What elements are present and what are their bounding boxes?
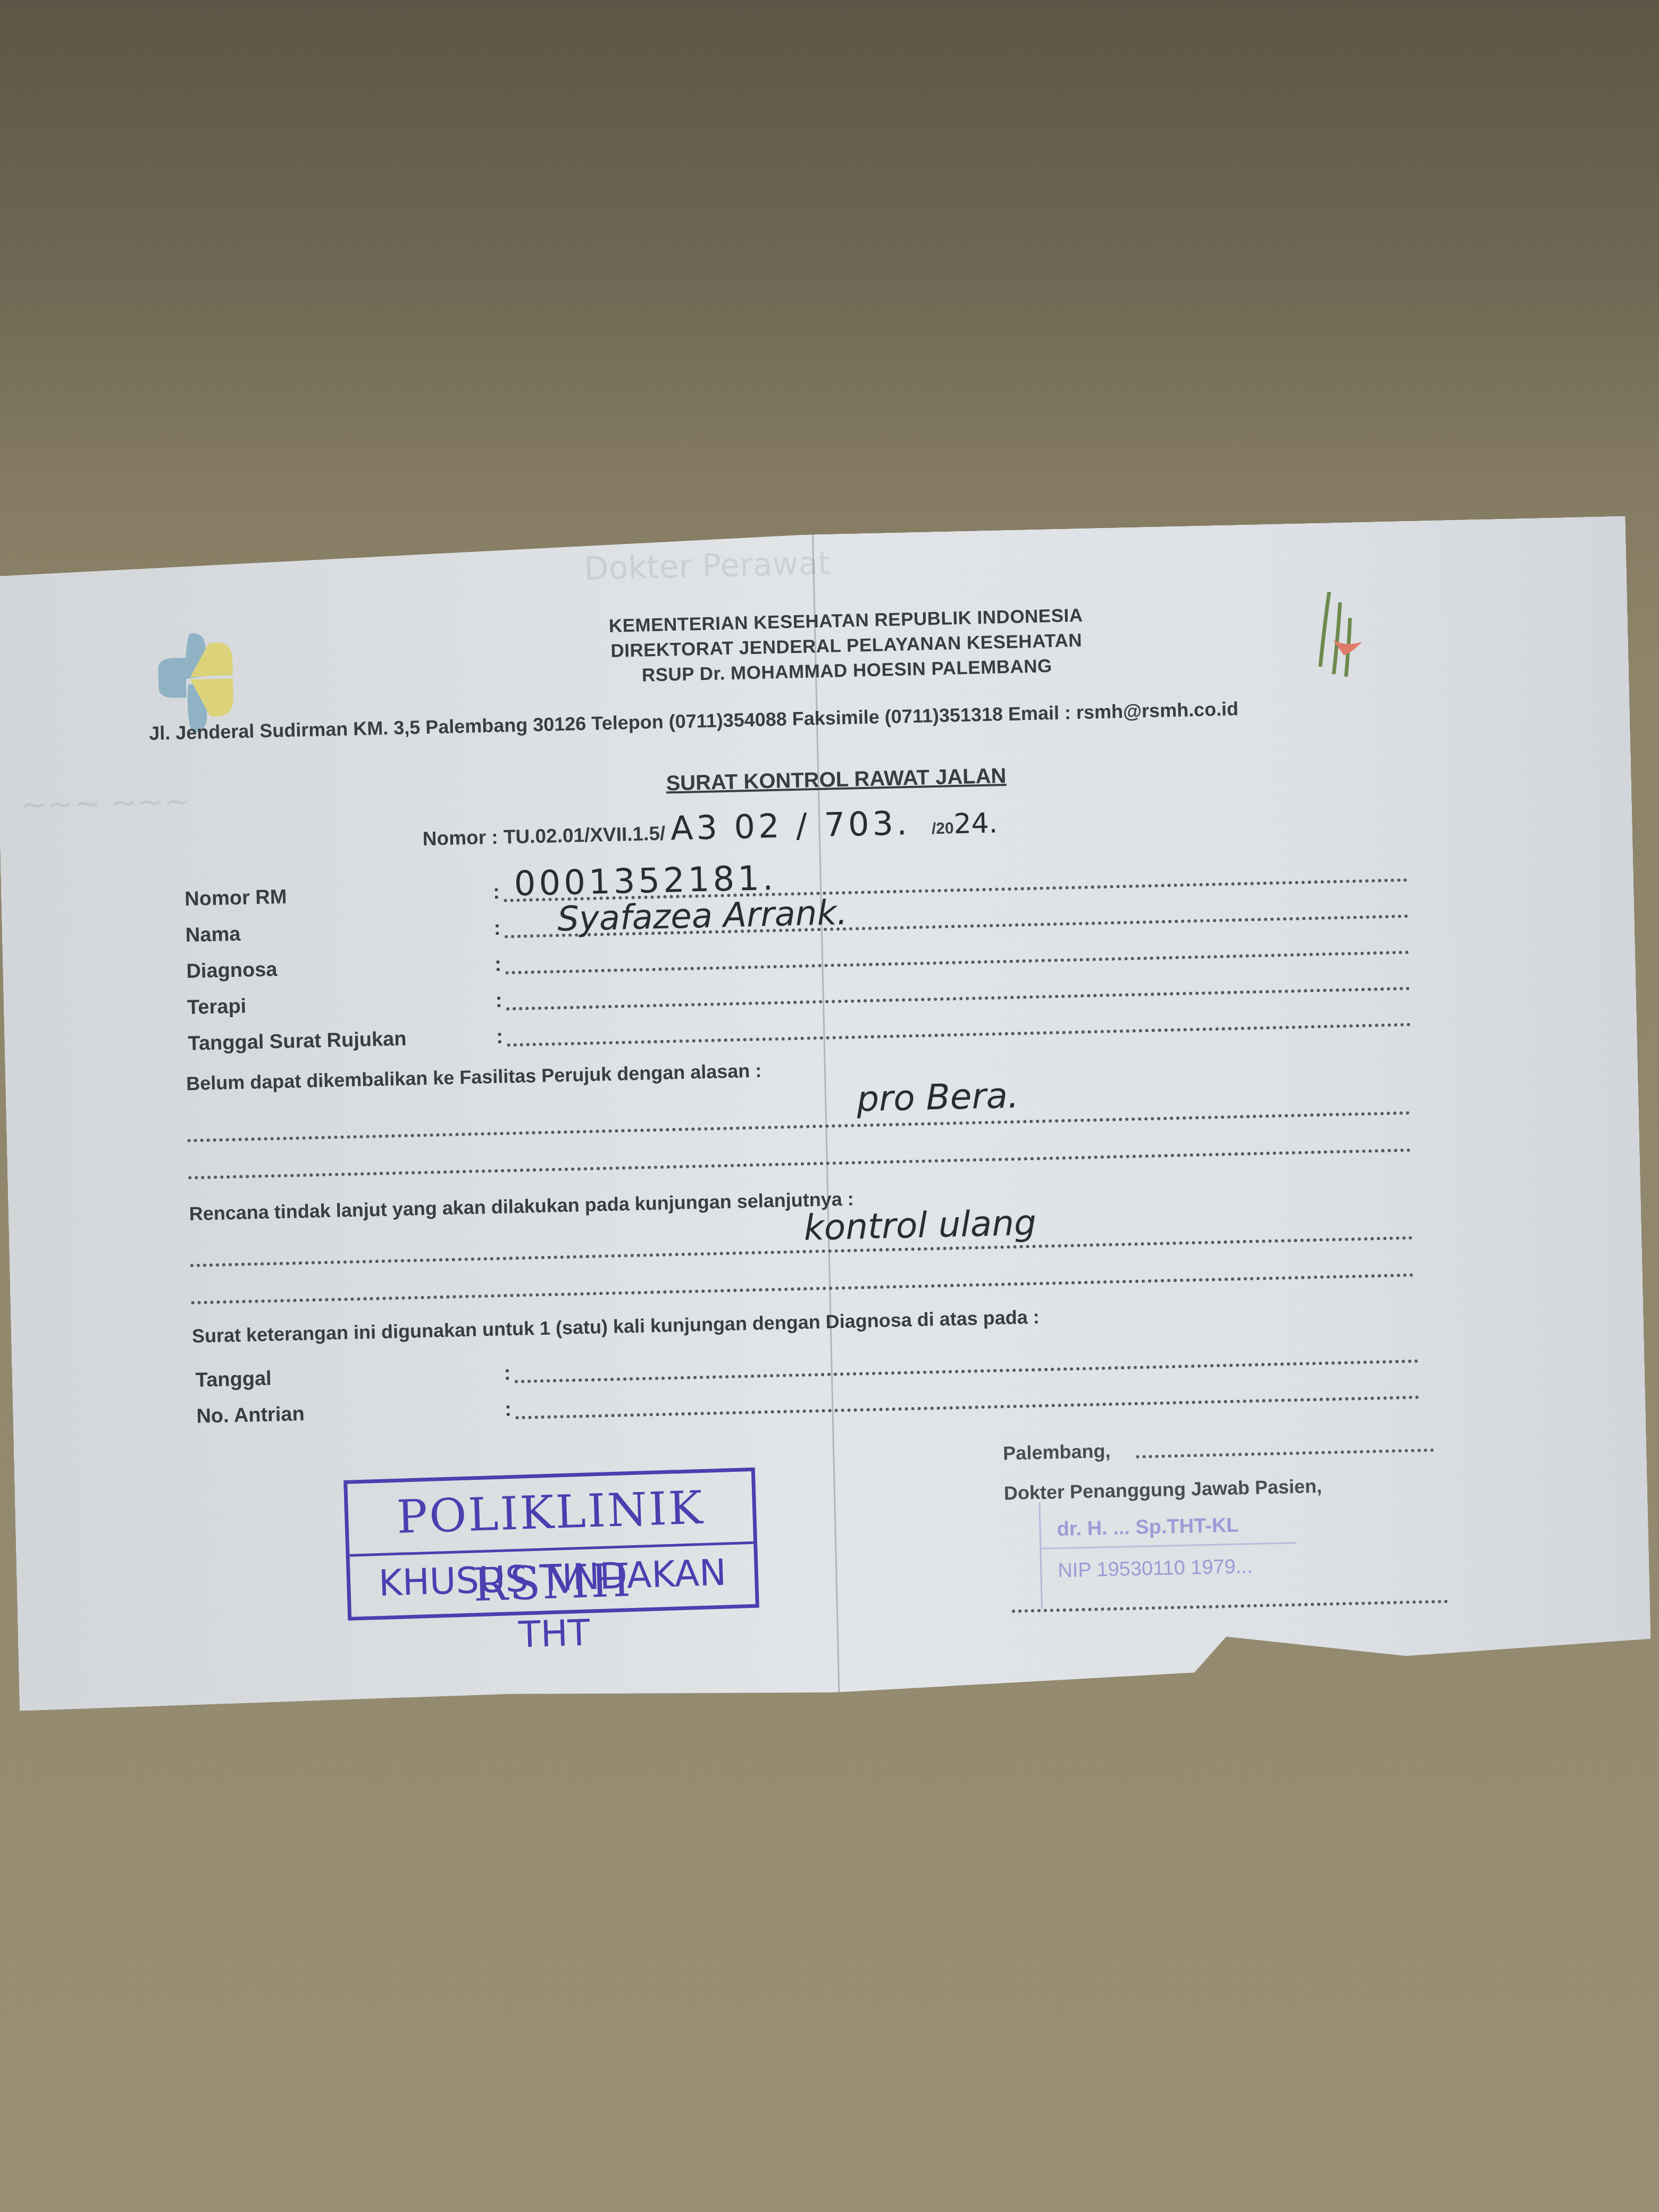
field-dotted-line <box>516 1396 1420 1420</box>
field-colon: : <box>505 1398 512 1421</box>
field-label: Tanggal <box>195 1368 272 1392</box>
doctor-stamp-name: dr. H. ... Sp.THT-KL <box>1040 1497 1296 1541</box>
doctor-stamp-nip: NIP 19530110 1979... <box>1041 1542 1297 1583</box>
visit-fields: Tanggal : No. Antrian : <box>195 1332 1419 1432</box>
plan-label: Rencana tindak lanjut yang akan dilakuka… <box>189 1188 854 1225</box>
field-value-nama: Syafazea Arrank. <box>557 893 848 939</box>
field-label: Nomor RM <box>185 886 287 911</box>
plan-dotted-line <box>190 1236 1413 1267</box>
field-colon: : <box>495 990 502 1012</box>
stamp-line-1: POLIKLINIK RSMH <box>347 1471 753 1557</box>
poliklinik-stamp: POLIKLINIK RSMH KHUSUS TINDAKAN THT <box>343 1468 759 1621</box>
reason-value: pro Bera. <box>856 1075 1019 1120</box>
plan-dotted-line <box>191 1273 1414 1304</box>
field-label: Tanggal Surat Rujukan <box>188 1028 407 1055</box>
stamp-line-2: KHUSUS TINDAKAN THT <box>350 1544 757 1669</box>
reason-dotted-line <box>188 1111 1411 1142</box>
field-colon: : <box>493 917 501 940</box>
bleed-through-text: Dokter Perawat <box>584 544 831 587</box>
document-year-prefix: /20 <box>932 819 954 837</box>
doctor-name-stamp: dr. H. ... Sp.THT-KL NIP 19530110 1979..… <box>1038 1497 1297 1609</box>
document-year-handwritten: 24. <box>953 807 998 840</box>
patient-fields: Nomor RM : 0001352181. Nama : Syafazea A… <box>184 851 1411 1059</box>
plan-value: kontrol ulang <box>803 1202 1037 1249</box>
signature-date-dotted-line <box>1136 1448 1434 1459</box>
document-title: SURAT KONTROL RAWAT JALAN <box>0 749 1653 811</box>
field-label: Nama <box>185 923 240 947</box>
field-label: Terapi <box>187 995 246 1020</box>
reason-dotted-line <box>188 1149 1411 1179</box>
field-colon: : <box>504 1362 511 1385</box>
reason-label: Belum dapat dikembalikan ke Fasilitas Pe… <box>186 1060 762 1095</box>
field-dotted-line <box>507 1023 1411 1047</box>
document-number-handwritten: A3 02 / 703. <box>670 803 910 848</box>
document-year: /2024. <box>932 818 998 837</box>
usage-note: Surat keterangan ini digunakan untuk 1 (… <box>191 1306 1040 1347</box>
field-colon: : <box>493 881 500 904</box>
field-label: No. Antrian <box>196 1403 305 1428</box>
field-colon: : <box>495 953 502 976</box>
referral-document: Dokter Perawat ~~~ ~~~ KEMENTERIAN KESEH… <box>0 516 1652 1722</box>
hospital-address: Jl. Jenderal Sudirman KM. 3,5 Palembang … <box>149 698 1239 744</box>
field-label: Diagnosa <box>186 958 278 983</box>
signature-place: Palembang, <box>1003 1440 1111 1465</box>
document-number: Nomor : TU.02.01/XVII.1.5/A3 02 / 703./2… <box>422 801 998 853</box>
document-number-label: Nomor : TU.02.01/XVII.1.5/ <box>422 823 665 850</box>
field-colon: : <box>496 1026 504 1049</box>
